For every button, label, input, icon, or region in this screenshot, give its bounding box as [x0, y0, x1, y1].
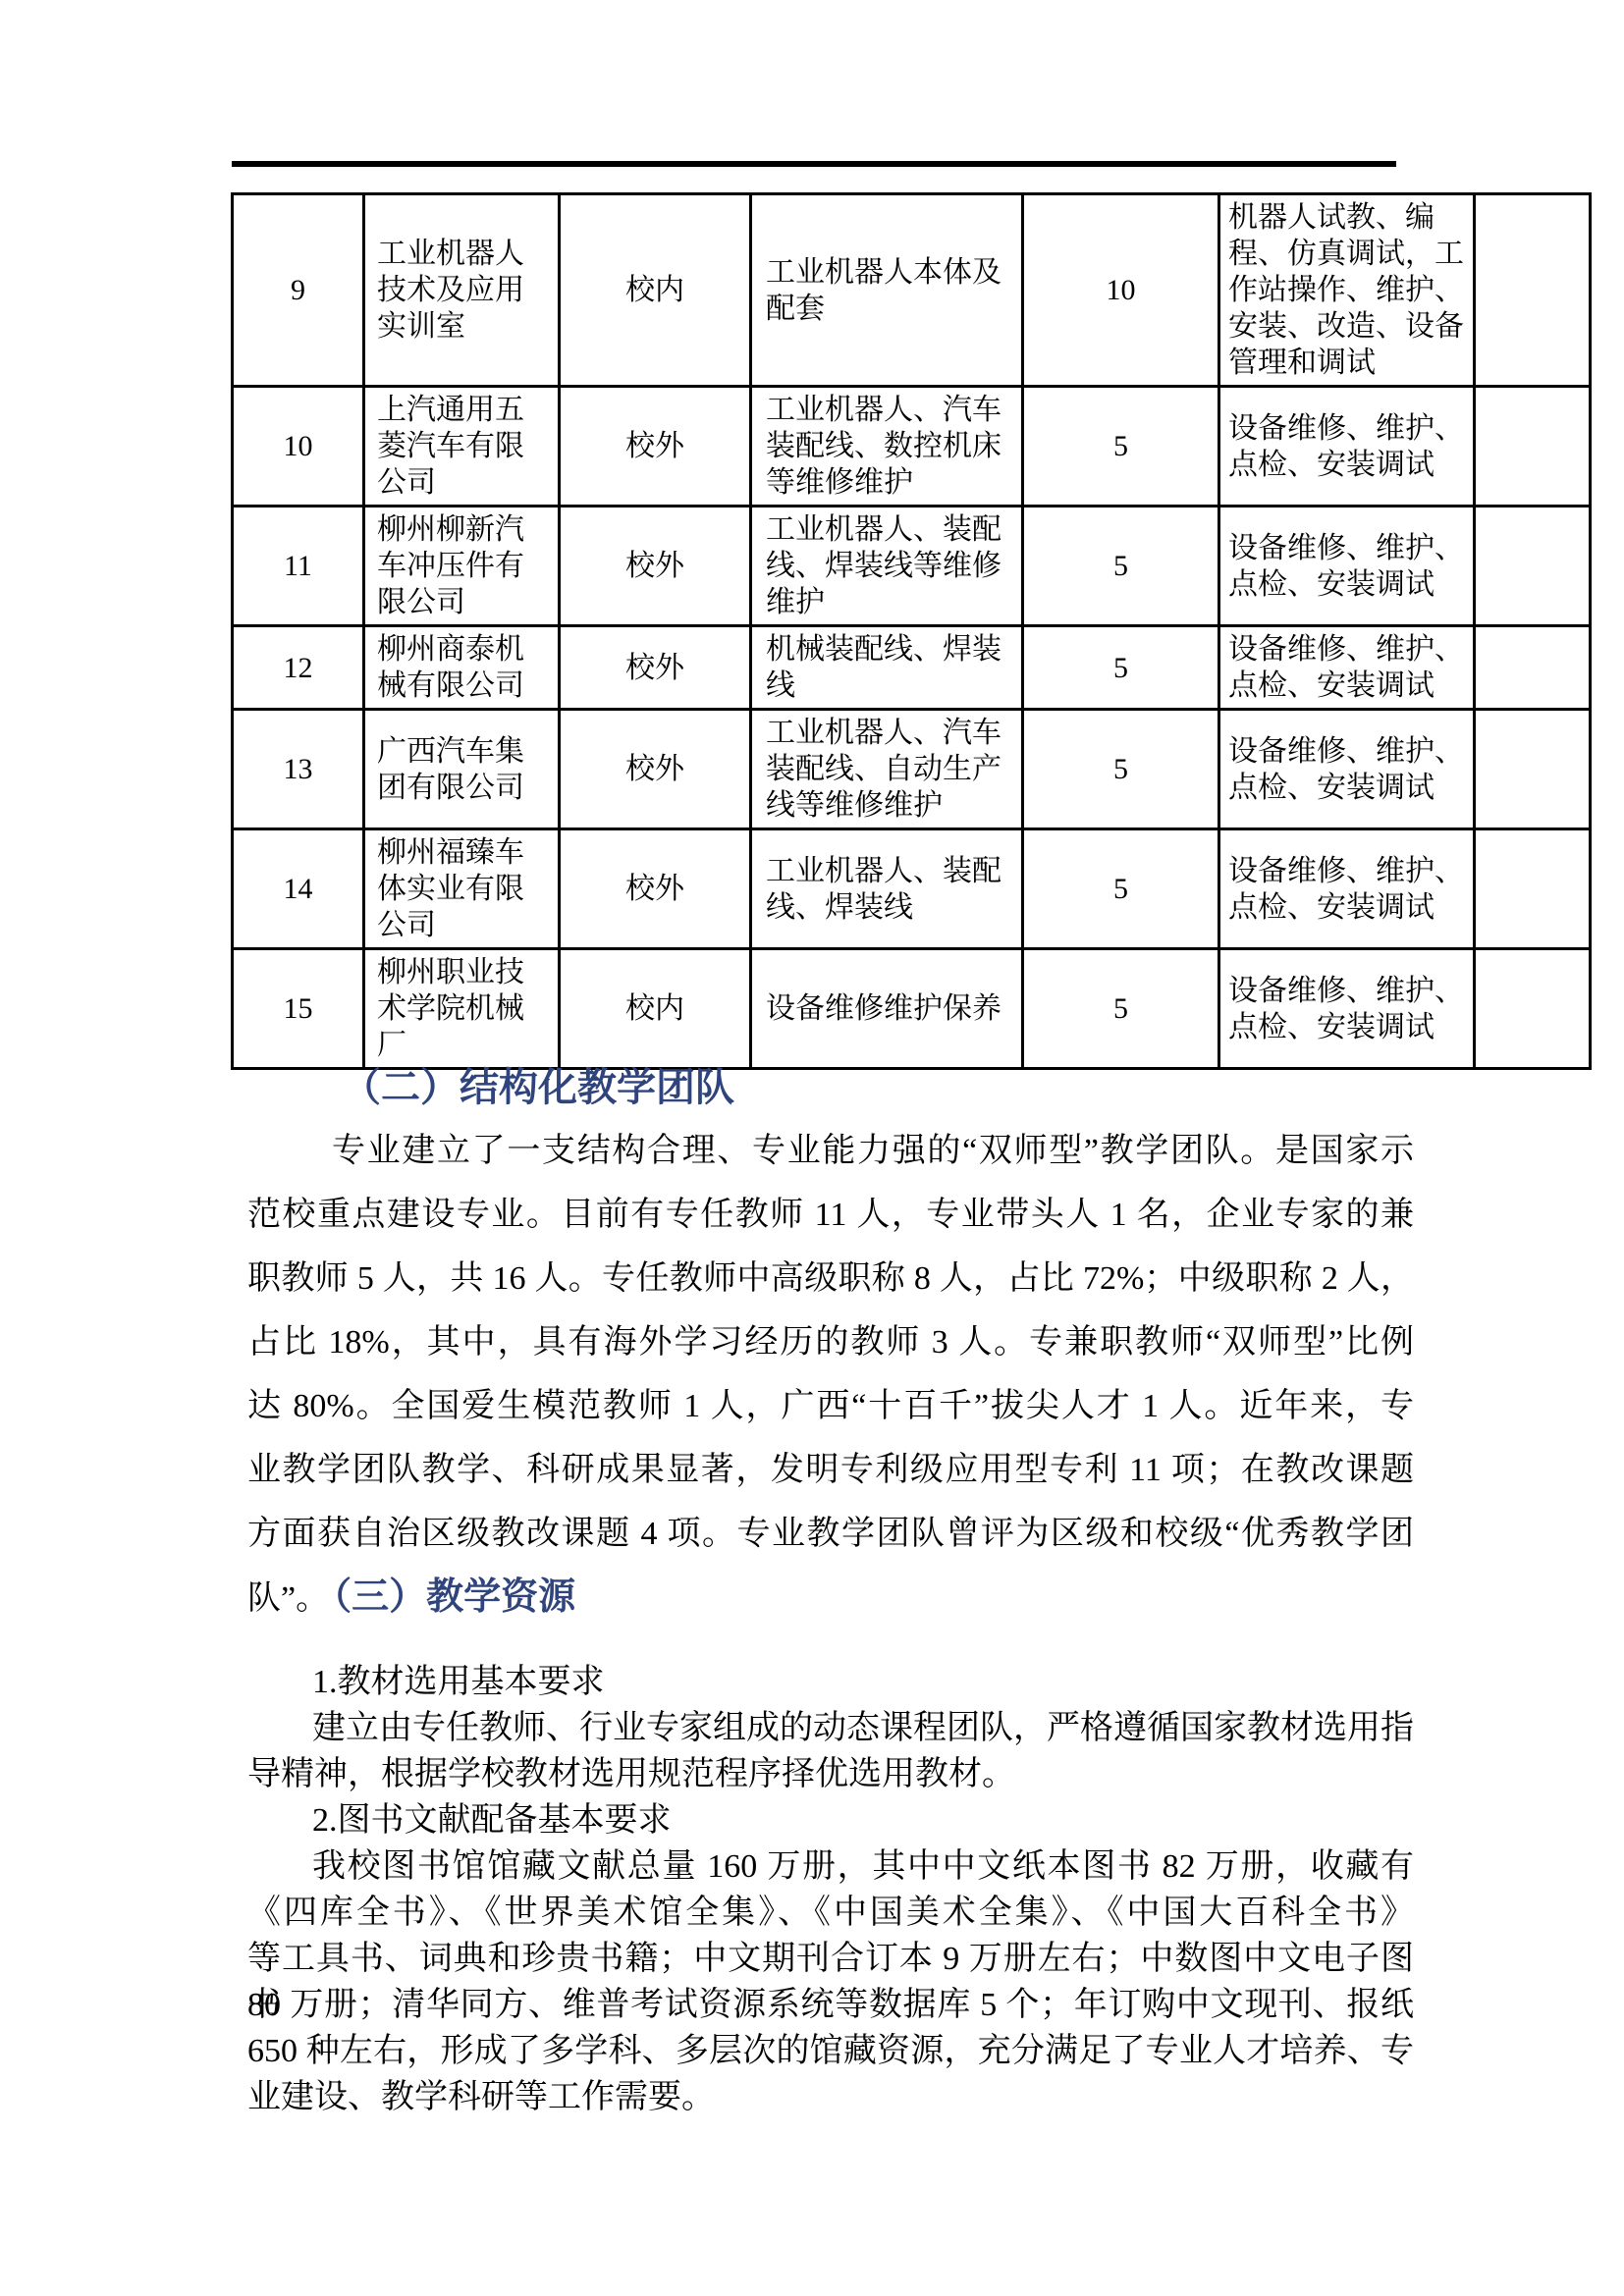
- paragraph-line: 范校重点建设专业。目前有专任教师 11 人，专业带头人 1 名，企业专家的兼: [247, 1183, 1414, 1247]
- cell-equipment: 工业机器人、装配线、焊装线: [751, 829, 1023, 949]
- paragraph-line: 业教学团队教学、科研成果显著，发明专利级应用型专利 11 项；在教改课题: [247, 1438, 1414, 1502]
- cell-empty: [1475, 194, 1591, 387]
- section-heading-structured-teaching-team: （二）结构化教学团队: [342, 1062, 734, 1113]
- cell-equipment: 工业机器人、汽车装配线、自动生产线等维修维护: [751, 710, 1023, 829]
- cell-empty: [1475, 949, 1591, 1069]
- cell-location: 校内: [560, 194, 751, 387]
- paragraph-tail-text: 队”。: [247, 1580, 329, 1617]
- section-heading-teaching-resources: （三）教学资源: [333, 1576, 575, 1618]
- resources-subheading-2: 2.图书文献配备基本要求: [247, 1797, 1414, 1843]
- cell-empty: [1475, 829, 1591, 949]
- cell-count: 5: [1023, 949, 1219, 1069]
- cell-name: 柳州柳新汽车冲压件有限公司: [364, 507, 560, 626]
- paragraph-line: 队”。（三）教学资源: [247, 1566, 1414, 1629]
- cell-empty: [1475, 507, 1591, 626]
- cell-count: 10: [1023, 194, 1219, 387]
- document-page: 9 工业机器人技术及应用实训室 校内 工业机器人本体及配套 10 机器人试教、编…: [0, 0, 1624, 2296]
- cell-tasks: 机器人试教、编程、仿真调试，工作站操作、维护、安装、改造、设备管理和调试: [1219, 194, 1475, 387]
- resources-line: 我校图书馆馆藏文献总量 160 万册，其中中文纸本图书 82 万册，收藏有: [247, 1843, 1414, 1890]
- cell-index: 11: [233, 507, 364, 626]
- table-row: 12 柳州商泰机械有限公司 校外 机械装配线、焊装线 5 设备维修、维护、点检、…: [233, 626, 1591, 710]
- resources-line: 80 万册；清华同方、维普考试资源系统等数据库 5 个；年订购中文现刊、报纸: [247, 1982, 1414, 2028]
- paragraph-line: 专业建立了一支结构合理、专业能力强的“双师型”教学团队。是国家示: [247, 1119, 1414, 1183]
- cell-equipment: 工业机器人本体及配套: [751, 194, 1023, 387]
- cell-tasks: 设备维修、维护、点检、安装调试: [1219, 949, 1475, 1069]
- team-paragraph: 专业建立了一支结构合理、专业能力强的“双师型”教学团队。是国家示 范校重点建设专…: [247, 1119, 1414, 1629]
- cell-tasks: 设备维修、维护、点检、安装调试: [1219, 626, 1475, 710]
- cell-count: 5: [1023, 710, 1219, 829]
- cell-index: 13: [233, 710, 364, 829]
- cell-equipment: 工业机器人、装配线、焊装线等维修维护: [751, 507, 1023, 626]
- cell-empty: [1475, 710, 1591, 829]
- cell-equipment: 设备维修维护保养: [751, 949, 1023, 1069]
- cell-index: 12: [233, 626, 364, 710]
- cell-name: 上汽通用五菱汽车有限公司: [364, 387, 560, 507]
- resources-subheading-1: 1.教材选用基本要求: [247, 1659, 1414, 1705]
- cell-location: 校外: [560, 626, 751, 710]
- resources-line: 导精神，根据学校教材选用规范程序择优选用教材。: [247, 1751, 1414, 1797]
- resources-section: 1.教材选用基本要求 建立由专任教师、行业专家组成的动态课程团队，严格遵循国家教…: [247, 1659, 1414, 2120]
- cell-name: 柳州商泰机械有限公司: [364, 626, 560, 710]
- cell-equipment: 机械装配线、焊装线: [751, 626, 1023, 710]
- cell-name: 柳州职业技术学院机械厂: [364, 949, 560, 1069]
- cell-tasks: 设备维修、维护、点检、安装调试: [1219, 387, 1475, 507]
- cell-name: 工业机器人技术及应用实训室: [364, 194, 560, 387]
- table-row: 13 广西汽车集团有限公司 校外 工业机器人、汽车装配线、自动生产线等维修维护 …: [233, 710, 1591, 829]
- cell-index: 14: [233, 829, 364, 949]
- cell-name: 广西汽车集团有限公司: [364, 710, 560, 829]
- cell-count: 5: [1023, 387, 1219, 507]
- paragraph-line: 方面获自治区级教改课题 4 项。专业教学团队曾评为区级和校级“优秀教学团: [247, 1502, 1414, 1566]
- cell-index: 10: [233, 387, 364, 507]
- resources-line: 业建设、教学科研等工作需要。: [247, 2074, 1414, 2120]
- cell-tasks: 设备维修、维护、点检、安装调试: [1219, 829, 1475, 949]
- resources-line: 《四库全书》、《世界美术馆全集》、《中国美术全集》、《中国大百科全书》: [247, 1890, 1414, 1936]
- cell-count: 5: [1023, 829, 1219, 949]
- table-row: 14 柳州福臻车体实业有限公司 校外 工业机器人、装配线、焊装线 5 设备维修、…: [233, 829, 1591, 949]
- table-row: 15 柳州职业技术学院机械厂 校内 设备维修维护保养 5 设备维修、维护、点检、…: [233, 949, 1591, 1069]
- cell-equipment: 工业机器人、汽车装配线、数控机床等维修维护: [751, 387, 1023, 507]
- resources-line: 建立由专任教师、行业专家组成的动态课程团队，严格遵循国家教材选用指: [247, 1705, 1414, 1751]
- table-row: 9 工业机器人技术及应用实训室 校内 工业机器人本体及配套 10 机器人试教、编…: [233, 194, 1591, 387]
- cell-index: 15: [233, 949, 364, 1069]
- cell-count: 5: [1023, 626, 1219, 710]
- cell-tasks: 设备维修、维护、点检、安装调试: [1219, 710, 1475, 829]
- table-row: 10 上汽通用五菱汽车有限公司 校外 工业机器人、汽车装配线、数控机床等维修维护…: [233, 387, 1591, 507]
- cell-name: 柳州福臻车体实业有限公司: [364, 829, 560, 949]
- cell-location: 校外: [560, 710, 751, 829]
- cell-tasks: 设备维修、维护、点检、安装调试: [1219, 507, 1475, 626]
- cell-empty: [1475, 387, 1591, 507]
- resources-line: 650 种左右，形成了多学科、多层次的馆藏资源，充分满足了专业人才培养、专: [247, 2028, 1414, 2074]
- cell-location: 校内: [560, 949, 751, 1069]
- page-top-rule: [232, 161, 1396, 167]
- training-facilities-table: 9 工业机器人技术及应用实训室 校内 工业机器人本体及配套 10 机器人试教、编…: [231, 192, 1592, 1070]
- cell-location: 校外: [560, 829, 751, 949]
- cell-location: 校外: [560, 387, 751, 507]
- paragraph-line: 达 80%。全国爱生模范教师 1 人，广西“十百千”拔尖人才 1 人。近年来，专: [247, 1374, 1414, 1438]
- resources-line: 等工具书、词典和珍贵书籍；中文期刊合订本 9 万册左右；中数图中文电子图书: [247, 1936, 1414, 1982]
- cell-index: 9: [233, 194, 364, 387]
- paragraph-line: 职教师 5 人，共 16 人。专任教师中高级职称 8 人，占比 72%；中级职称…: [247, 1247, 1414, 1310]
- cell-count: 5: [1023, 507, 1219, 626]
- table-row: 11 柳州柳新汽车冲压件有限公司 校外 工业机器人、装配线、焊装线等维修维护 5…: [233, 507, 1591, 626]
- cell-empty: [1475, 626, 1591, 710]
- paragraph-line: 占比 18%，其中，具有海外学习经历的教师 3 人。专兼职教师“双师型”比例: [247, 1310, 1414, 1374]
- cell-location: 校外: [560, 507, 751, 626]
